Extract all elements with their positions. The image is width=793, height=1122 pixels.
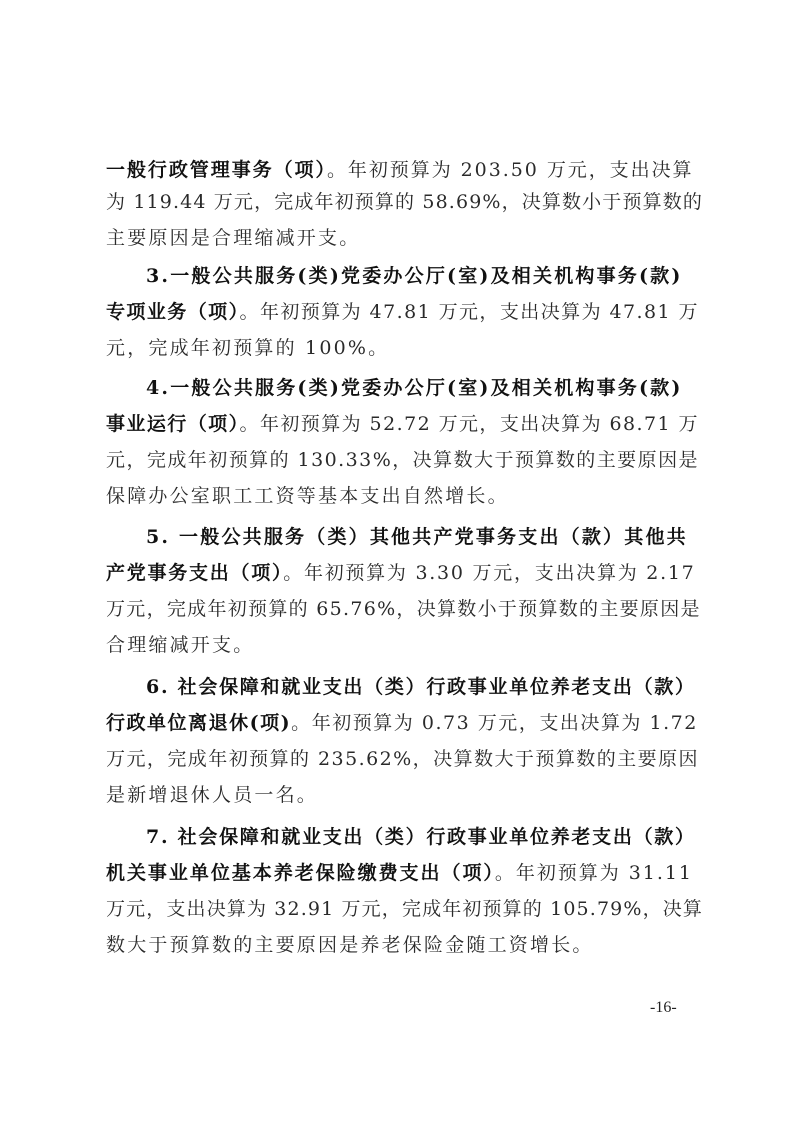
text-line: 主要原因是合理缩减开支。 bbox=[106, 223, 690, 253]
body-text: 。年初预算为 47.81 万元，支出决算为 47.81 万 bbox=[240, 301, 699, 323]
document-page: 一般行政管理事务（项）。年初预算为 203.50 万元，支出决算 为 119.4… bbox=[0, 0, 793, 1122]
body-text: 主要原因是合理缩减开支。 bbox=[106, 227, 360, 249]
bold-heading: 机关事业单位基本养老保险缴费支出（项） bbox=[106, 862, 495, 884]
page-number: -16- bbox=[650, 998, 677, 1018]
text-line: 合理缩减开支。 bbox=[106, 630, 690, 660]
text-line: 机关事业单位基本养老保险缴费支出（项）。年初预算为 31.11 bbox=[106, 858, 690, 888]
body-text: 数大于预算数的主要原因是养老保险金随工资增长。 bbox=[106, 934, 594, 956]
text-line: 3.一般公共服务(类)党委办公厅(室)及相关机构事务(款) bbox=[146, 261, 690, 291]
text-line: 为 119.44 万元，完成年初预算的 58.69%，决算数小于预算数的 bbox=[106, 187, 690, 217]
body-text: 万元，完成年初预算的 65.76%，决算数小于预算数的主要原因是 bbox=[106, 598, 701, 620]
text-line: 万元，完成年初预算的 235.62%，决算数大于预算数的主要原因 bbox=[106, 744, 690, 774]
text-line: 元，完成年初预算的 130.33%，决算数大于预算数的主要原因是 bbox=[106, 445, 690, 475]
body-text: 。年初预算为 203.50 万元，支出决算 bbox=[327, 159, 694, 181]
bold-heading: 7. 社会保障和就业支出（类）行政事业单位养老支出（款） bbox=[146, 826, 696, 848]
body-text: 是新增退休人员一名。 bbox=[106, 784, 318, 806]
text-line: 一般行政管理事务（项）。年初预算为 203.50 万元，支出决算 bbox=[106, 155, 690, 185]
text-line: 万元，支出决算为 32.91 万元，完成年初预算的 105.79%，决算 bbox=[106, 894, 690, 924]
text-line: 数大于预算数的主要原因是养老保险金随工资增长。 bbox=[106, 930, 690, 960]
bold-heading: 一般行政管理事务（项） bbox=[106, 159, 327, 181]
bold-heading: 专项业务（项） bbox=[106, 301, 240, 323]
body-text: 元，完成年初预算的 130.33%，决算数大于预算数的主要原因是 bbox=[106, 449, 699, 471]
bold-heading: 产党事务支出（项） bbox=[106, 562, 283, 584]
text-line: 4.一般公共服务(类)党委办公厅(室)及相关机构事务(款) bbox=[146, 373, 690, 403]
bold-heading: 5. 一般公共服务（类）其他共产党事务支出（款）其他共 bbox=[146, 526, 688, 548]
text-line: 7. 社会保障和就业支出（类）行政事业单位养老支出（款） bbox=[146, 822, 690, 852]
body-text: 。年初预算为 0.73 万元，支出决算为 1.72 bbox=[291, 712, 698, 734]
text-line: 5. 一般公共服务（类）其他共产党事务支出（款）其他共 bbox=[146, 522, 690, 552]
body-text: 元，完成年初预算的 100%。 bbox=[106, 337, 389, 359]
body-text: 。年初预算为 52.72 万元，支出决算为 68.71 万 bbox=[240, 413, 699, 435]
text-line: 6. 社会保障和就业支出（类）行政事业单位养老支出（款） bbox=[146, 672, 690, 702]
text-line: 事业运行（项）。年初预算为 52.72 万元，支出决算为 68.71 万 bbox=[106, 409, 690, 439]
body-text: 为 119.44 万元，完成年初预算的 58.69%，决算数小于预算数的 bbox=[106, 191, 703, 213]
body-text: 保障办公室职工工资等基本支出自然增长。 bbox=[106, 485, 509, 507]
body-text: 。年初预算为 3.30 万元，支出决算为 2.17 bbox=[283, 562, 695, 584]
bold-heading: 行政单位离退休(项) bbox=[106, 712, 291, 734]
bold-heading: 4.一般公共服务(类)党委办公厅(室)及相关机构事务(款) bbox=[146, 377, 683, 399]
text-line: 保障办公室职工工资等基本支出自然增长。 bbox=[106, 481, 690, 511]
text-line: 是新增退休人员一名。 bbox=[106, 780, 690, 810]
text-line: 行政单位离退休(项)。年初预算为 0.73 万元，支出决算为 1.72 bbox=[106, 708, 690, 738]
text-line: 产党事务支出（项）。年初预算为 3.30 万元，支出决算为 2.17 bbox=[106, 558, 690, 588]
bold-heading: 6. 社会保障和就业支出（类）行政事业单位养老支出（款） bbox=[146, 676, 696, 698]
body-text: 合理缩减开支。 bbox=[106, 634, 254, 656]
text-line: 专项业务（项）。年初预算为 47.81 万元，支出决算为 47.81 万 bbox=[106, 297, 690, 327]
body-text: 万元，支出决算为 32.91 万元，完成年初预算的 105.79%，决算 bbox=[106, 898, 703, 920]
body-text: 万元，完成年初预算的 235.62%，决算数大于预算数的主要原因 bbox=[106, 748, 699, 770]
bold-heading: 事业运行（项） bbox=[106, 413, 240, 435]
body-text: 。年初预算为 31.11 bbox=[495, 862, 693, 884]
text-line: 万元，完成年初预算的 65.76%，决算数小于预算数的主要原因是 bbox=[106, 594, 690, 624]
bold-heading: 3.一般公共服务(类)党委办公厅(室)及相关机构事务(款) bbox=[146, 265, 683, 287]
text-line: 元，完成年初预算的 100%。 bbox=[106, 333, 690, 363]
